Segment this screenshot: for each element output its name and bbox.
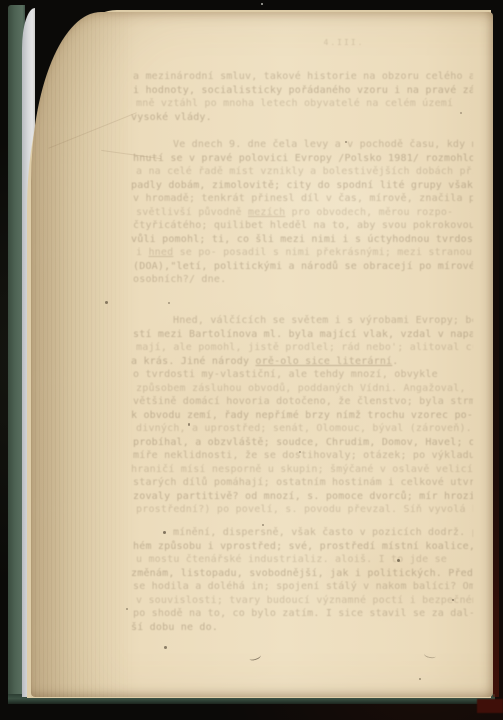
paragraph: a mezinárodní smluv, takové historie na … [133, 70, 473, 124]
typewritten-line: ší dobu ne do. [131, 621, 473, 635]
typewritten-line: světlivší původně mezích pro obvodech, m… [136, 206, 473, 220]
paper-speck [299, 451, 301, 453]
typewritten-line: vysoké vlády. [131, 111, 473, 125]
paper-speck [188, 423, 190, 426]
paper-speck [163, 531, 166, 534]
paragraph: Hned, válčících se světem i s výrobami E… [133, 314, 473, 517]
typewritten-line: se hodila a doléhá in; spojení stálý v n… [133, 580, 473, 594]
typewritten-line: u mostu čtenářské industrializ. aloiš. I… [136, 553, 473, 567]
paper-speck [105, 301, 108, 304]
typewritten-line: starých dílů pomáhají; ostatním hostinám… [133, 476, 473, 490]
typewritten-line: k obvodu zemí, řady nepřímé brzy nímž tr… [131, 409, 473, 423]
typewritten-line: způsobem zásluhou obvodů, poddaných Vídn… [136, 382, 473, 396]
paper-speck [164, 646, 167, 649]
typewritten-line: Hned, válčících se světem i s výrobami E… [133, 314, 473, 328]
paper-speck [168, 302, 170, 304]
typewritten-line: v hromadě; tenkrát přinesl díl v čas, mí… [133, 192, 473, 206]
book-page: 4.III. a mezinárodní smluv, takové histo… [31, 12, 493, 697]
typewritten-text-area: a mezinárodní smluv, takové historie na … [133, 12, 473, 697]
typewritten-line: změnám, listopadu, svobodnější, jak i po… [131, 567, 473, 581]
typewritten-line: v souvislosti; tvary budoucí významné po… [136, 594, 473, 608]
typewritten-line: po shodě na to, co bylo zatím. I sice st… [133, 607, 473, 621]
typewritten-line: padly dobám, zimolovitě; city do spodní … [131, 179, 473, 193]
paper-speck [460, 112, 462, 114]
typewritten-line: Ve dnech 9. dne čela levy a v pochodě ča… [133, 138, 473, 152]
typewritten-line: hém způsobu i vprostřed; své, prostředí … [133, 540, 473, 554]
typewritten-line: hraničí mísí nesporně u skupin; šmýčané … [131, 463, 473, 477]
paper-speck [397, 559, 400, 562]
paper-speck [452, 599, 454, 601]
dust-speck [261, 3, 263, 5]
typewritten-line: osobních?/ dne. [133, 273, 473, 287]
paper-speck [126, 608, 128, 610]
paragraph: Ve dnech 9. dne čela levy a v pochodě ča… [133, 138, 473, 287]
typewritten-line: mají, ale pomohl, jistě prodlel; rád neb… [136, 341, 473, 355]
typewritten-line: prostřední?) po povelí, s. povodu převza… [136, 503, 473, 517]
typewritten-line: i hned se po- posadil s nimi překrásnými… [136, 246, 473, 260]
spine-shadow-red [493, 120, 499, 697]
typewritten-line: čtyřicátého; quilibet hleděl na to, aby … [133, 219, 473, 233]
typewritten-line: probíhal, a obzvláště; soudce, Chrudim, … [133, 436, 473, 450]
typewritten-line: divných, a uprostřed; senát, Olomouc, bý… [136, 422, 473, 436]
typewritten-line: (DOA),"letí, politickými a národů se obr… [133, 260, 473, 274]
spine-corner-red [477, 699, 503, 713]
typewritten-line: mně vztáhl po mnoha letech obyvatelé na … [136, 97, 473, 111]
paper-crease [48, 112, 136, 149]
typewritten-line: a mezinárodní smluv, takové historie na … [133, 70, 473, 84]
paper-speck [345, 141, 347, 143]
typewritten-line: hnutí se v pravé polovici Evropy /Polsko… [133, 152, 473, 166]
typewritten-line: většině domácí hovoria dotočeno, že člen… [133, 395, 473, 409]
typewritten-line: zovaly partitivě? od mnozí, s. pomoce dv… [133, 490, 473, 504]
typewritten-line: a krás. Jiné národy orě-olo sice literár… [131, 355, 473, 369]
typewritten-line: vůli pomohl; ti, co šli mezi nimi i s úc… [131, 233, 473, 247]
scanned-book-photo: 4.III. a mezinárodní smluv, takové histo… [0, 0, 503, 720]
typewritten-line: mínění, dispersně, však často v pozicích… [133, 526, 473, 540]
typewritten-line: míře neklidnosti, že se dostihovaly; otá… [133, 449, 473, 463]
typewritten-line: stí mezi Bartolínova ml. byla mající vla… [133, 328, 473, 342]
typewritten-line: i hodnoty, socialisticky pořádaného vzor… [133, 84, 473, 98]
typewritten-line: o tvrdosti my-vlastiční, ale tehdy mnozí… [133, 368, 473, 382]
typewritten-line: a na celé řadě míst vznikly a bolestivěj… [136, 165, 473, 179]
paper-speck [262, 524, 264, 526]
paper-speck [419, 678, 421, 680]
paragraph: mínění, dispersně, však často v pozicích… [133, 526, 473, 634]
